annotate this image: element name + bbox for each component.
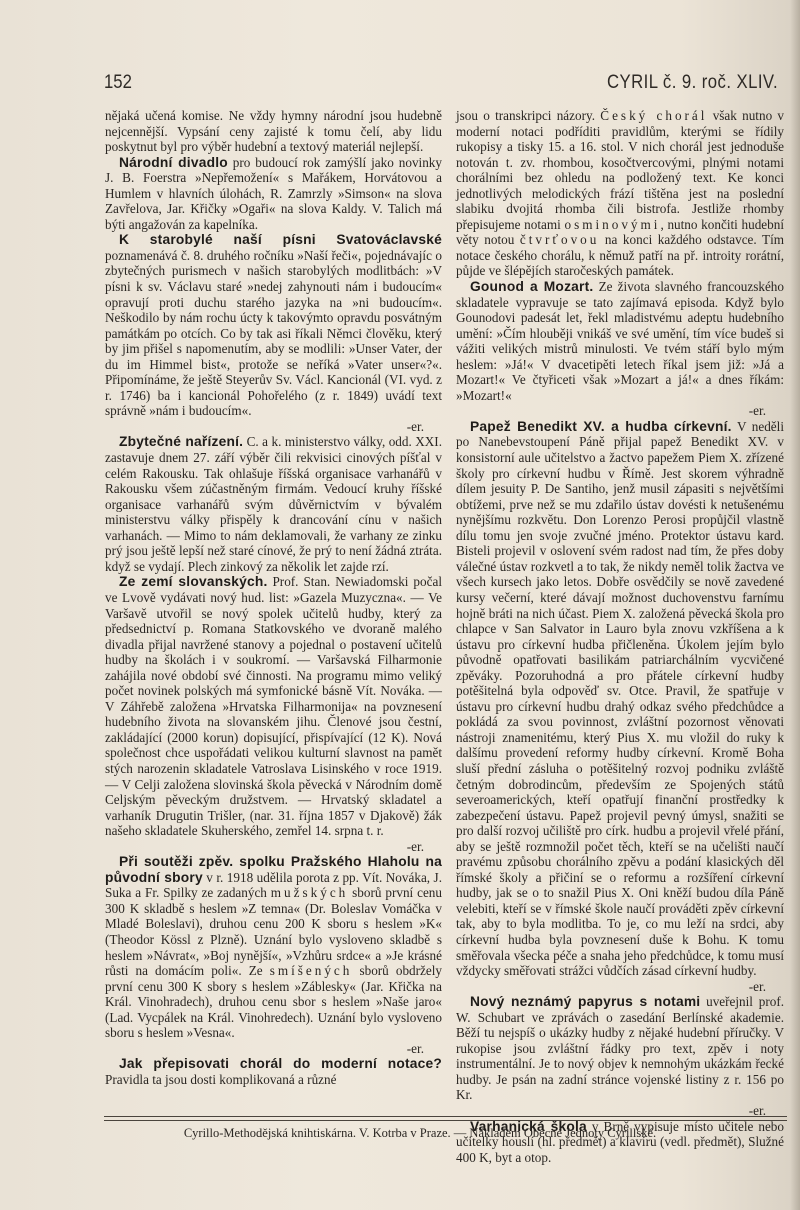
spaced-emphasis: Český chorál	[600, 108, 707, 123]
article-body: však nutno v moderní notaci podříditi pr…	[456, 108, 784, 232]
article-body: uveřejnil prof. W. Schubart ve zprávách …	[456, 994, 784, 1102]
article-choral-continuation: jsou o transkripci názory. Český chorál …	[456, 108, 784, 279]
article-heading: Ze zemí slovanských.	[119, 574, 267, 589]
article-signature: -er.	[105, 839, 442, 855]
right-column: jsou o transkripci názory. Český chorál …	[456, 108, 784, 1165]
article-body: Prof. Stan. Newiadomski počal ve Lvově v…	[105, 574, 442, 838]
left-column: nějaká učená komise. Ne vždy hymny národ…	[105, 108, 442, 1087]
article-body: Ze života slavného francouzského skladat…	[456, 279, 784, 403]
article-body: poznamenává č. 8. druhého ročníku »Naší …	[105, 248, 442, 418]
article-signature: -er.	[105, 1041, 442, 1057]
spaced-emphasis: smíšených	[270, 963, 353, 978]
article-ze-zemi-slovanskych: Ze zemí slovanských. Prof. Stan. Newiado…	[105, 574, 442, 854]
article-signature: -er.	[456, 403, 784, 419]
journal-title: CYRIL č. 9. roč. XLIV.	[607, 72, 778, 94]
spaced-emphasis: osminovými	[564, 217, 660, 232]
article-heading: Nový neznámý papyrus s notami	[470, 994, 700, 1009]
article-signature: -er.	[456, 979, 784, 995]
article-choral: Jak přepisovati chorál do moderní notace…	[105, 1056, 442, 1087]
article-heading: Gounod a Mozart.	[470, 279, 593, 294]
article-heading: Zbytečné nařízení.	[119, 434, 243, 449]
article-body: jsou o transkripci názory.	[456, 108, 600, 123]
article-heading: Jak přepisovati chorál do moderní notace…	[119, 1056, 442, 1071]
article-gounod-mozart: Gounod a Mozart. Ze života slavného fran…	[456, 279, 784, 419]
article-body: Pravidla ta jsou dosti komplikovaná a rů…	[105, 1072, 336, 1087]
article-continuation: nějaká učená komise. Ne vždy hymny národ…	[105, 108, 442, 155]
article-signature: -er.	[105, 419, 442, 435]
spaced-emphasis: čtvrťovou	[520, 232, 600, 247]
printer-imprint: Cyrillo-Methodějská knihtiskárna. V. Kot…	[0, 1126, 800, 1141]
article-hlahol: Při soutěži zpěv. spolku Pražského Hlaho…	[105, 854, 442, 1056]
spaced-emphasis: mužských	[271, 885, 348, 900]
page-number: 152	[104, 72, 132, 94]
footer-divider	[104, 1116, 787, 1121]
article-heading: Národní divadlo	[119, 155, 228, 170]
article-heading: Papež Benedikt XV. a hudba církevní.	[470, 419, 732, 434]
article-papez-benedikt: Papež Benedikt XV. a hudba církevní. V n…	[456, 419, 784, 994]
article-body: C. a k. ministerstvo války, odd. XXI. za…	[105, 434, 442, 573]
article-papyrus: Nový neznámý papyrus s notami uveřejnil …	[456, 994, 784, 1118]
article-body: V neděli po Nanebevstoupení Páně přijal …	[456, 419, 784, 978]
article-narodni-divadlo: Národní divadlo pro budoucí rok zamýšlí …	[105, 155, 442, 233]
page-edge-shadow	[790, 0, 800, 1210]
running-header: 152 CYRIL č. 9. roč. XLIV.	[104, 72, 697, 102]
article-zbytecne-narizeni: Zbytečné nařízení. C. a k. ministerstvo …	[105, 434, 442, 574]
article-heading: K starobylé naší písni Svatováclavské	[119, 232, 442, 247]
article-starobyle: K starobylé naší písni Svatováclavské po…	[105, 232, 442, 434]
